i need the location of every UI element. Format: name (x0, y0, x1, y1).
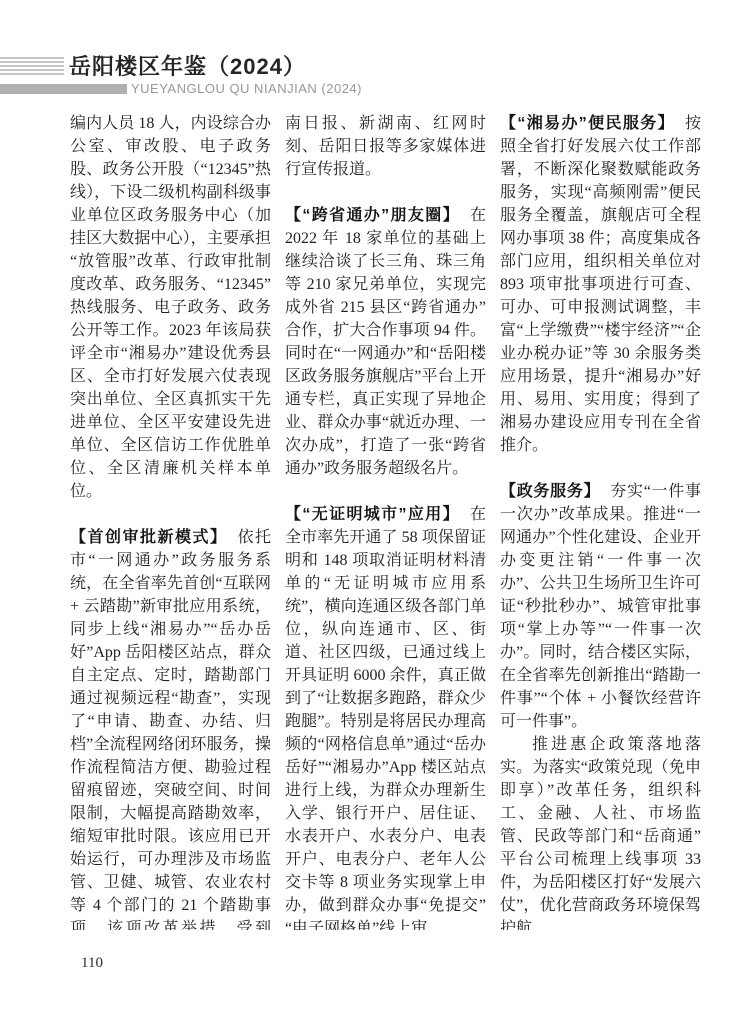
entry-paragraph: 【“跨省通办”朋友圈】在 2022 年 18 家单位的基础上继续洽谈了长三角、珠… (285, 204, 486, 480)
header-stripe-decoration (0, 57, 64, 77)
yearbook-page: 岳阳楼区年鉴（2024） YUEYANGLOU QU NIANJIAN (202… (0, 0, 750, 1024)
paragraph-gap (285, 480, 486, 503)
entry-paragraph: 【政务服务】夯实“一件事一次办”改革成果。推进“一网通办”个性化建设、企业开办变… (500, 480, 701, 733)
entry-heading: 【首创审批新模式】 (70, 529, 227, 546)
entry-paragraph: 【“湘易办”便民服务】按照全省打好发展六仗工作部署，不断深化聚数赋能政务服务，实… (500, 112, 701, 457)
entry-heading: 【“无证明城市”应用】 (285, 506, 460, 523)
page-subtitle: YUEYANGLOU QU NIANJIAN (2024) (131, 81, 362, 96)
body-paragraph: 推进惠企政策落地落实。为落实“政策兑现（免申即享）”改革任务，组织科工、金融、人… (500, 733, 701, 930)
entry-paragraph: 【“无证明城市”应用】在全市率先开通了 58 项保留证明和 148 项取消证明材… (285, 503, 486, 930)
entry-heading: 【“跨省通办”朋友圈】 (285, 207, 460, 224)
paragraph-gap (70, 503, 271, 526)
text-columns: 编内人员 18 人，内设综合办公室、审改股、电子政务股、政务公开股（“12345… (70, 112, 702, 930)
entry-paragraph: 【首创审批新模式】依托市“一网通办”政务服务系统，在全省率先首创“互联网 + 云… (70, 526, 271, 930)
body-paragraph: 南日报、新湖南、红网时刻、岳阳日报等多家媒体进行宣传报道。 (285, 112, 486, 181)
paragraph-gap (500, 457, 701, 480)
entry-heading: 【政务服务】 (500, 483, 600, 500)
header-bar-decoration (0, 84, 127, 94)
page-title: 岳阳楼区年鉴（2024） (69, 50, 306, 81)
entry-heading: 【“湘易办”便民服务】 (500, 115, 675, 132)
page-number: 110 (81, 955, 103, 972)
paragraph-gap (285, 181, 486, 204)
text-column-3: 【“湘易办”便民服务】按照全省打好发展六仗工作部署，不断深化聚数赋能政务服务，实… (500, 112, 701, 930)
body-paragraph: 编内人员 18 人，内设综合办公室、审改股、电子政务股、政务公开股（“12345… (70, 112, 271, 503)
text-column-2: 南日报、新湖南、红网时刻、岳阳日报等多家媒体进行宣传报道。【“跨省通办”朋友圈】… (285, 112, 486, 930)
text-column-1: 编内人员 18 人，内设综合办公室、审改股、电子政务股、政务公开股（“12345… (70, 112, 271, 930)
